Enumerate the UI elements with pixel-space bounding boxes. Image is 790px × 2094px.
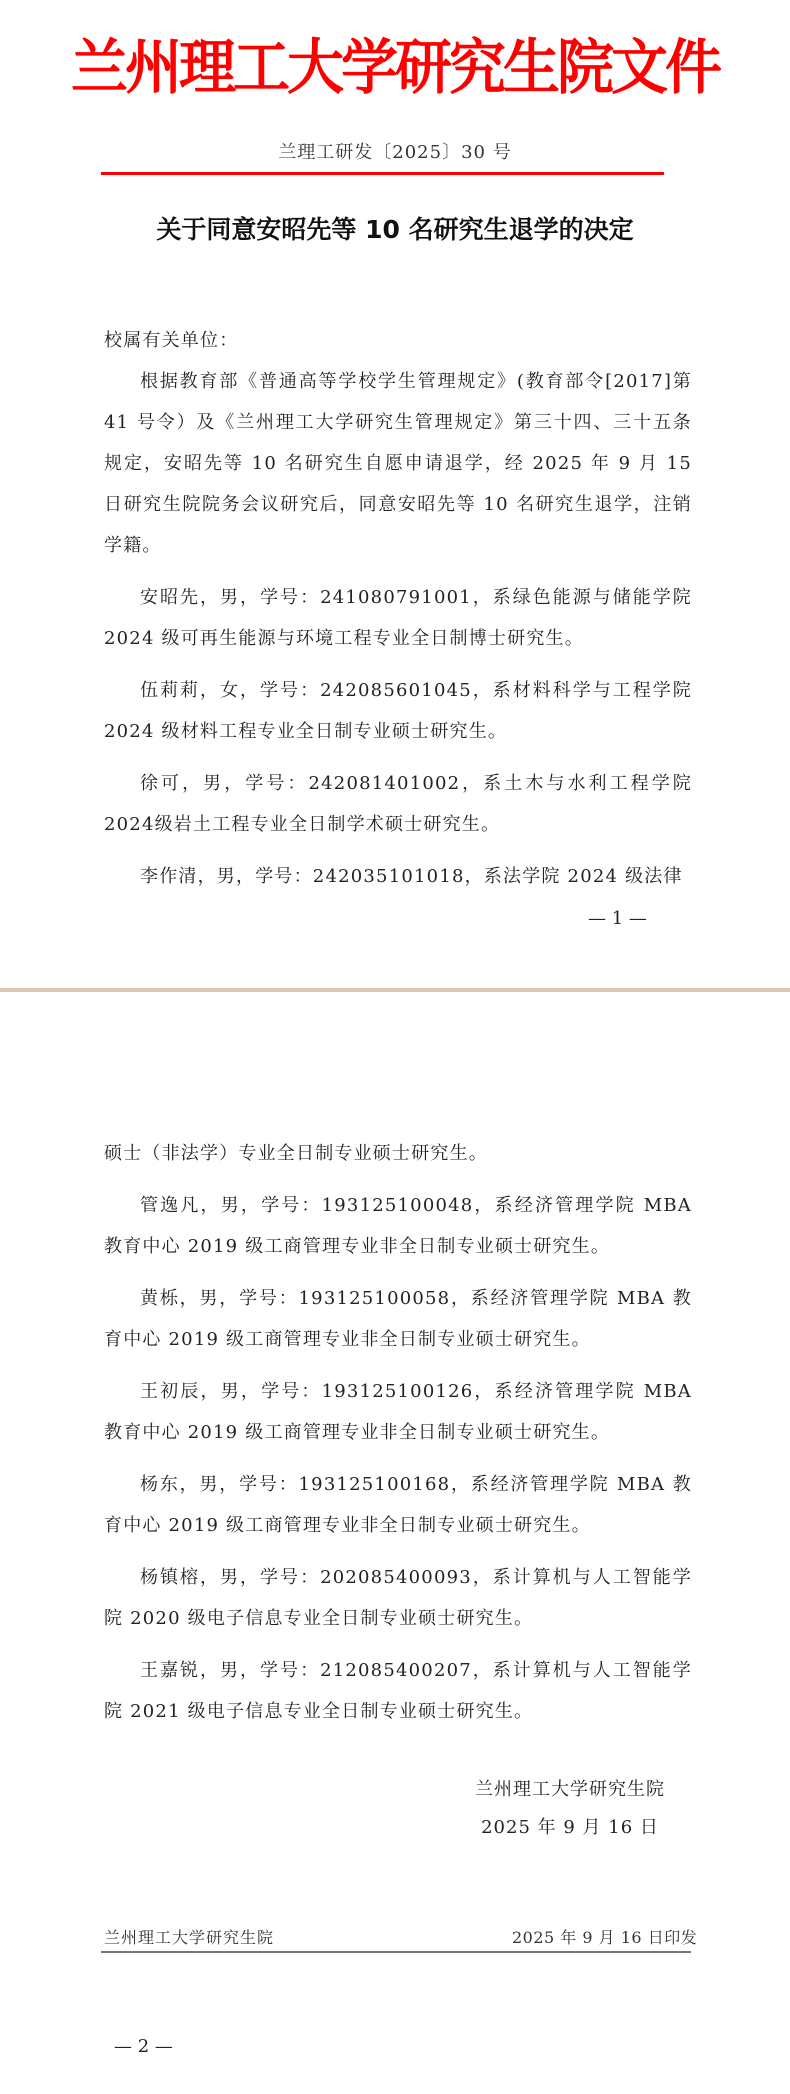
document-number: 兰理工研发〔2025〕30 号 bbox=[0, 138, 790, 164]
page-number-1: — 1 — bbox=[588, 908, 647, 929]
page2-body: 硕士（非法学）专业全日制专业硕士研究生。 管逸凡，男，学号：1931251000… bbox=[104, 1133, 692, 1732]
document-masthead: 兰州理工大学研究生院文件 bbox=[0, 26, 790, 110]
continuation-text: 硕士（非法学）专业全日制专业硕士研究生。 bbox=[104, 1133, 692, 1174]
student-entry: 黄栎，男，学号：193125100058，系经济管理学院 MBA 教育中心 20… bbox=[104, 1278, 692, 1360]
page1-body: 校属有关单位： 根据教育部《普通高等学校学生管理规定》(教育部令[2017]第 … bbox=[104, 320, 692, 897]
footer-rule bbox=[101, 1951, 691, 1953]
salutation: 校属有关单位： bbox=[104, 320, 692, 361]
student-entry: 杨镇榕，男，学号：202085400093，系计算机与人工智能学院 2020 级… bbox=[104, 1557, 692, 1639]
footer-issuer: 兰州理工大学研究生院 bbox=[104, 1925, 274, 1948]
student-entry: 徐可，男，学号：242081401002，系土木与水利工程学院 2024级岩土工… bbox=[104, 763, 692, 845]
page-separator bbox=[0, 988, 790, 992]
student-entry: 伍莉莉，女，学号：242085601045，系材料科学与工程学院2024 级材料… bbox=[104, 670, 692, 752]
student-entry: 王初辰，男，学号：193125100126，系经济管理学院 MBA 教育中心 2… bbox=[104, 1371, 692, 1453]
student-entry: 王嘉锐，男，学号：212085400207，系计算机与人工智能学院 2021 级… bbox=[104, 1650, 692, 1732]
signature-date: 2025 年 9 月 16 日 bbox=[440, 1813, 700, 1839]
red-header-rule bbox=[101, 172, 664, 175]
footer-print-date: 2025 年 9 月 16 日印发 bbox=[512, 1925, 697, 1948]
student-entry: 安昭先，男，学号：241080791001，系绿色能源与储能学院2024 级可再… bbox=[104, 577, 692, 659]
student-entry: 杨东，男，学号：193125100168，系经济管理学院 MBA 教育中心 20… bbox=[104, 1464, 692, 1546]
page-number-2: — 2 — bbox=[114, 2036, 173, 2057]
signature-org: 兰州理工大学研究生院 bbox=[440, 1775, 700, 1801]
student-entry: 管逸凡，男，学号：193125100048，系经济管理学院 MBA 教育中心 2… bbox=[104, 1185, 692, 1267]
document-title: 关于同意安昭先等 10 名研究生退学的决定 bbox=[0, 210, 790, 246]
student-entry: 李作清，男，学号：242035101018，系法学院 2024 级法律 bbox=[104, 856, 692, 897]
intro-paragraph: 根据教育部《普通高等学校学生管理规定》(教育部令[2017]第 41 号令）及《… bbox=[104, 361, 692, 566]
